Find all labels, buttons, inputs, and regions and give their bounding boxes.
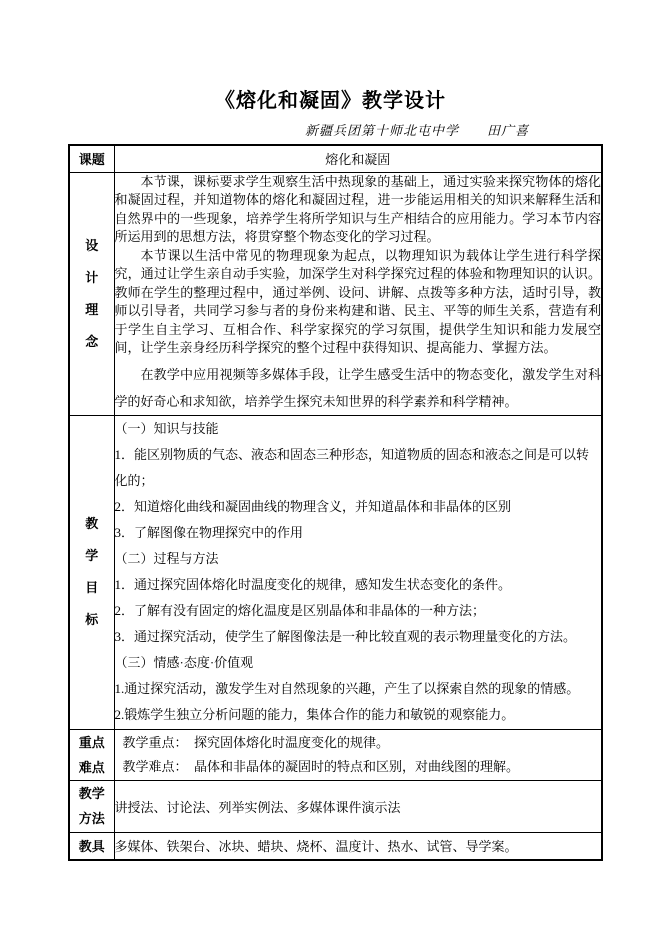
- label-line: 方法: [79, 806, 105, 831]
- design-philosophy-content: 本节课，课标要求学生观察生活中热现象的基础上，通过实验来探究物体的熔化和凝固过程…: [114, 172, 602, 415]
- teaching-objectives-content: （一）知识与技能 1．能区别物质的气态、液态和固态三种形态，知道物质的固态和液态…: [114, 415, 602, 729]
- objective-line: 1．通过探究固体熔化时温度变化的规律，感知发生状态变化的条件。: [115, 572, 602, 598]
- philosophy-paragraph: 在教学中应用视频等多媒体手段，让学生感受生活中的物态变化，激发学生对科学的好奇心…: [115, 361, 602, 415]
- label-char: 目: [85, 572, 98, 604]
- objective-line: （一）知识与技能: [115, 416, 602, 442]
- table-row-design-philosophy: 设 计 理 念 本节课，课标要求学生观察生活中热现象的基础上，通过实验来探究物体…: [69, 172, 602, 415]
- vertical-label-teaching-objectives: 教 学 目 标: [70, 416, 114, 729]
- label-line: 教学: [79, 781, 105, 806]
- objective-line: 2．知道熔化曲线和凝固曲线的物理含义，并知道晶体和非晶体的区别: [115, 494, 602, 520]
- teaching-aids-value: 多媒体、铁架台、冰块、蜡块、烧杯、温度计、热水、试管、导学案。: [114, 832, 602, 860]
- page-title: 《熔化和凝固》教学设计: [0, 0, 661, 113]
- objective-line: 3．通过探究活动，使学生了解图像法是一种比较直观的表示物理量变化的方法。: [115, 624, 602, 650]
- objective-line: （二）过程与方法: [115, 546, 602, 572]
- philosophy-paragraph: 本节课以生活中常见的物理现象为起点，以物理知识为载体让学生进行科学探究，通过让学…: [115, 247, 602, 358]
- vertical-label-key-points: 重点 难点: [70, 730, 114, 780]
- label-char: 念: [85, 326, 98, 358]
- objective-line: 3．了解图像在物理探究中的作用: [115, 520, 602, 546]
- row-label-teaching-aids: 教具: [69, 832, 114, 860]
- label-char: 标: [85, 604, 98, 636]
- table-row-topic: 课题 熔化和凝固: [69, 145, 602, 172]
- teaching-methods-value: 讲授法、讨论法、列举实例法、多媒体课件演示法: [114, 780, 602, 832]
- objective-line: 1.通过探究活动，激发学生对自然现象的兴趣，产生了以探索自然的现象的情感。: [115, 676, 602, 702]
- vertical-label-teaching-methods: 教学 方法: [70, 781, 114, 832]
- table-row-key-points: 重点 难点 教学重点： 探究固体熔化时温度变化的规律。 教学难点： 晶体和非晶体…: [69, 729, 602, 780]
- label-line: 重点: [79, 730, 105, 755]
- table-row-teaching-aids: 教具 多媒体、铁架台、冰块、蜡块、烧杯、温度计、热水、试管、导学案。: [69, 832, 602, 860]
- row-label-teaching-methods: 教学 方法: [69, 780, 114, 832]
- key-points-content: 教学重点： 探究固体熔化时温度变化的规律。 教学难点： 晶体和非晶体的凝固时的特…: [114, 729, 602, 780]
- row-label-topic: 课题: [69, 145, 114, 172]
- label-char: 学: [85, 540, 98, 572]
- document-page: 《熔化和凝固》教学设计 新疆兵团第十师北屯中学 田广喜 课题 熔化和凝固 设 计…: [0, 0, 661, 935]
- label-char: 计: [85, 262, 98, 294]
- objective-line: 2.锻炼学生独立分析问题的能力，集体合作的能力和敏锐的观察能力。: [115, 702, 602, 728]
- teaching-key-point: 教学重点： 探究固体熔化时温度变化的规律。: [123, 731, 594, 755]
- table-row-teaching-objectives: 教 学 目 标 （一）知识与技能 1．能区别物质的气态、液态和固态三种形态，知道…: [69, 415, 602, 729]
- row-label-key-points: 重点 难点: [69, 729, 114, 780]
- philosophy-paragraph: 本节课，课标要求学生观察生活中热现象的基础上，通过实验来探究物体的熔化和凝固过程…: [115, 173, 602, 247]
- lesson-plan-table: 课题 熔化和凝固 设 计 理 念 本节课，课标要求学生观察生活中热现象的基础上，…: [68, 144, 603, 861]
- vertical-label-design-philosophy: 设 计 理 念: [70, 173, 114, 415]
- row-label-design-philosophy: 设 计 理 念: [69, 172, 114, 415]
- topic-value: 熔化和凝固: [114, 145, 602, 172]
- byline: 新疆兵团第十师北屯中学 田广喜: [68, 120, 603, 139]
- label-line: 难点: [79, 755, 105, 780]
- objective-line: 1．能区别物质的气态、液态和固态三种形态，知道物质的固态和液态之间是可以转化的；: [115, 442, 602, 494]
- teaching-difficult-point: 教学难点： 晶体和非晶体的凝固时的特点和区别，对曲线图的理解。: [123, 755, 594, 779]
- label-char: 设: [85, 230, 98, 262]
- label-char: 教: [85, 508, 98, 540]
- objective-line: （三）情感·态度·价值观: [115, 650, 602, 676]
- objective-line: 2．了解有没有固定的熔化温度是区别晶体和非晶体的一种方法；: [115, 598, 602, 624]
- key-points-lines: 教学重点： 探究固体熔化时温度变化的规律。 教学难点： 晶体和非晶体的凝固时的特…: [115, 730, 602, 780]
- label-char: 理: [85, 294, 98, 326]
- table-row-teaching-methods: 教学 方法 讲授法、讨论法、列举实例法、多媒体课件演示法: [69, 780, 602, 832]
- row-label-teaching-objectives: 教 学 目 标: [69, 415, 114, 729]
